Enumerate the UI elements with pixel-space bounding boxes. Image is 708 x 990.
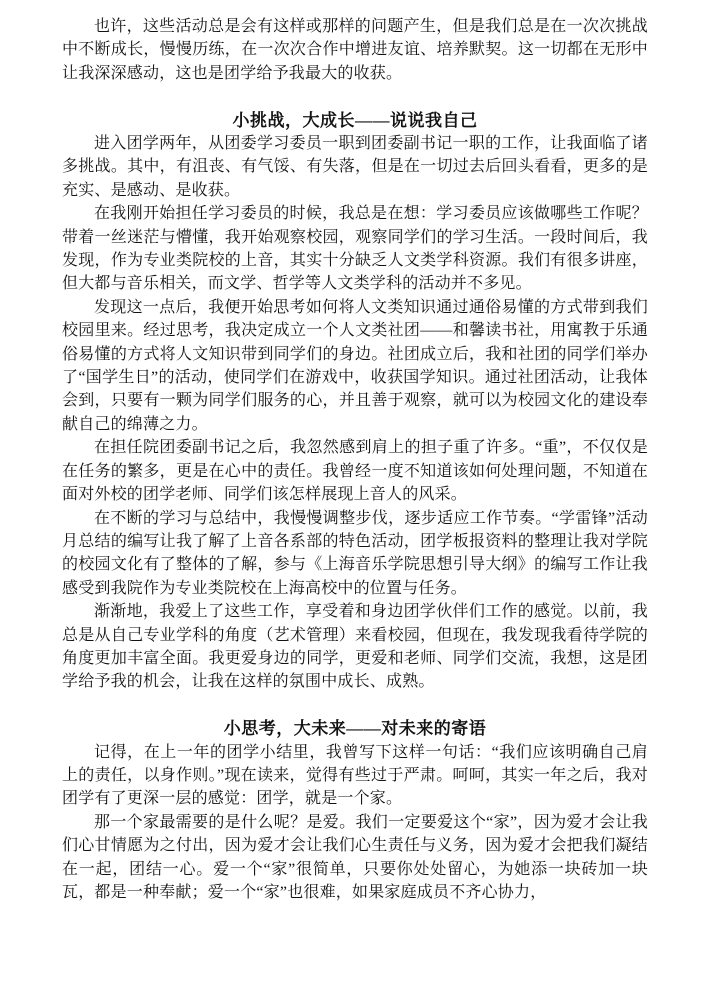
paragraph-learning-summary: 在不断的学习与总结中，我慢慢调整步伐，逐步适应工作节奏。“学雷锋”活动月总结的编… <box>62 507 648 601</box>
paragraph-study-commissioner: 在我刚开始担任学习委员的时候，我总是在想：学习委员应该做哪些工作呢？带着一丝迷茫… <box>62 202 648 296</box>
section-heading-challenge: 小挑战，大成长——说说我自己 <box>62 109 648 132</box>
paragraph-family-love: 那一个家最需要的是什么呢？是爱。我们一定要爱这个“家”，因为爱才会让我们心甘情愿… <box>62 811 648 905</box>
paragraph-two-years: 进入团学两年，从团委学习委员一职到团委副书记一职的工作，让我面临了诸多挑战。其中… <box>62 132 648 202</box>
paragraph-love-of-work: 渐渐地，我爱上了这些工作，享受着和身边团学伙伴们工作的感觉。以前，我总是从自己专… <box>62 600 648 694</box>
section-heading-future: 小思考，大未来——对未来的寄语 <box>62 717 648 740</box>
paragraph-book-club: 发现这一点后，我便开始思考如何将人文类知识通过通俗易懂的方式带到我们校园里来。经… <box>62 296 648 436</box>
paragraph-deputy-secretary: 在担任院团委副书记之后，我忽然感到肩上的担子重了许多。“重”，不仅仅是在任务的繁… <box>62 436 648 506</box>
paragraph-last-year-note: 记得，在上一年的团学小结里，我曾写下这样一句话：“我们应该明确自己肩上的责任，以… <box>62 741 648 811</box>
paragraph-intro-continuation: 也许，这些活动总是会有这样或那样的问题产生，但是我们总是在一次次挑战中不断成长，… <box>62 15 648 85</box>
document-page: 也许，这些活动总是会有这样或那样的问题产生，但是我们总是在一次次挑战中不断成长，… <box>0 0 708 990</box>
